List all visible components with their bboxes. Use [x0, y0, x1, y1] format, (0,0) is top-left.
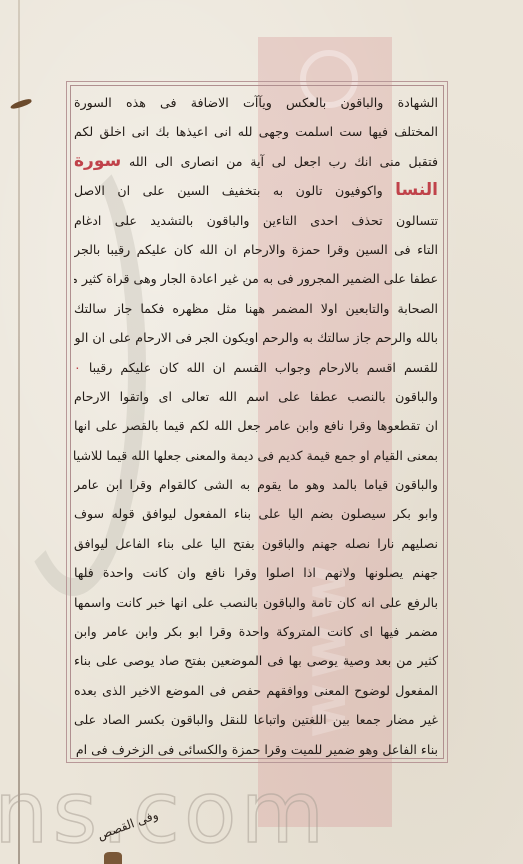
text-line: وابو بكر سيصلون بضم اليا على بناء المفعو… — [74, 499, 438, 528]
text-line-content: بمعنى القيام او جمع قيمة كديم فى ديمة وا… — [74, 448, 438, 463]
text-line: المفعول لوضوح المعنى ووافقهم حفص فى المو… — [74, 676, 438, 705]
text-line: عطفا على الضمير المجرور فى به من غير اعا… — [74, 264, 438, 293]
text-line: الصحابة والتابعين اولا المضمر ههنا مثل م… — [74, 294, 438, 323]
text-line: والباقون بالنصب عطفا على اسم الله تعالى … — [74, 382, 438, 411]
text-line: والباقون قياما بالمد وهو ما يقوم به الشى… — [74, 470, 438, 499]
watermark-bottom-text: ns.com — [0, 770, 328, 856]
text-line: جهنم يصلونها ولانهم اذا اصلوا وقرا نافع … — [74, 558, 438, 587]
text-line: للقسم اقسم بالارحام وجواب القسم ان الله … — [74, 353, 438, 382]
text-line: بالله والرحم جاز سالتك به والرحم اويكون … — [74, 323, 438, 352]
rubric-heading-part2: النسا — [395, 180, 438, 200]
text-line: التاء فى السين وقرا حمزة والارحام ان الل… — [74, 235, 438, 264]
verse-marker-icon: ۰ — [74, 360, 81, 375]
text-line: غير مضار جمعا بين اللغتين واتباعا للنقل … — [74, 705, 438, 734]
paper-blemish-bottom — [104, 852, 122, 864]
text-line-content: للقسم اقسم بالارحام وجواب القسم ان الله … — [89, 360, 438, 375]
binding-gutter-line — [18, 0, 20, 864]
text-line: كثير من بعد وصية يوصى بها فى الموضعين بف… — [74, 646, 438, 675]
text-line-with-rubric-start: فتقبل منى انك رب اجعل لى آية من انصارى ا… — [74, 147, 438, 176]
manuscript-text-block: الشهادة والباقون بالعكس ويآآت الاضافة فى… — [74, 88, 438, 764]
text-line: نصليهم نارا نصله جهنم والباقون بفتح اليا… — [74, 529, 438, 558]
text-line: بناء الفاعل وهو ضمير للميت وقرا حمزة وال… — [74, 735, 438, 764]
text-line: ان تقطعوها وقرا نافع وابن عامر جعل الله … — [74, 411, 438, 440]
text-line: مضمر فيها اى كانت المتروكة واحدة وقرا اب… — [74, 617, 438, 646]
text-line: المختلف فيها ست اسلمت وجهى لله انى اعيذه… — [74, 117, 438, 146]
text-line-content: فتقبل منى انك رب اجعل لى آية من انصارى ا… — [129, 154, 438, 169]
text-line: بالرفع على انه كان تامة والباقون بالنصب … — [74, 588, 438, 617]
text-line: الشهادة والباقون بالعكس ويآآت الاضافة فى… — [74, 88, 438, 117]
rubric-heading-part1: سورة — [74, 151, 121, 171]
text-line: تتسالون تحذف احدى التاءين والباقون بالتش… — [74, 206, 438, 235]
text-line: بمعنى القيام او جمع قيمة كديم فى ديمة وا… — [74, 441, 438, 470]
text-line-with-rubric-end: النسا واكوفيون تالون به بتخفيف السين على… — [74, 176, 438, 205]
text-line-content: واكوفيون تالون به بتخفيف السين على ان ال… — [74, 183, 383, 198]
